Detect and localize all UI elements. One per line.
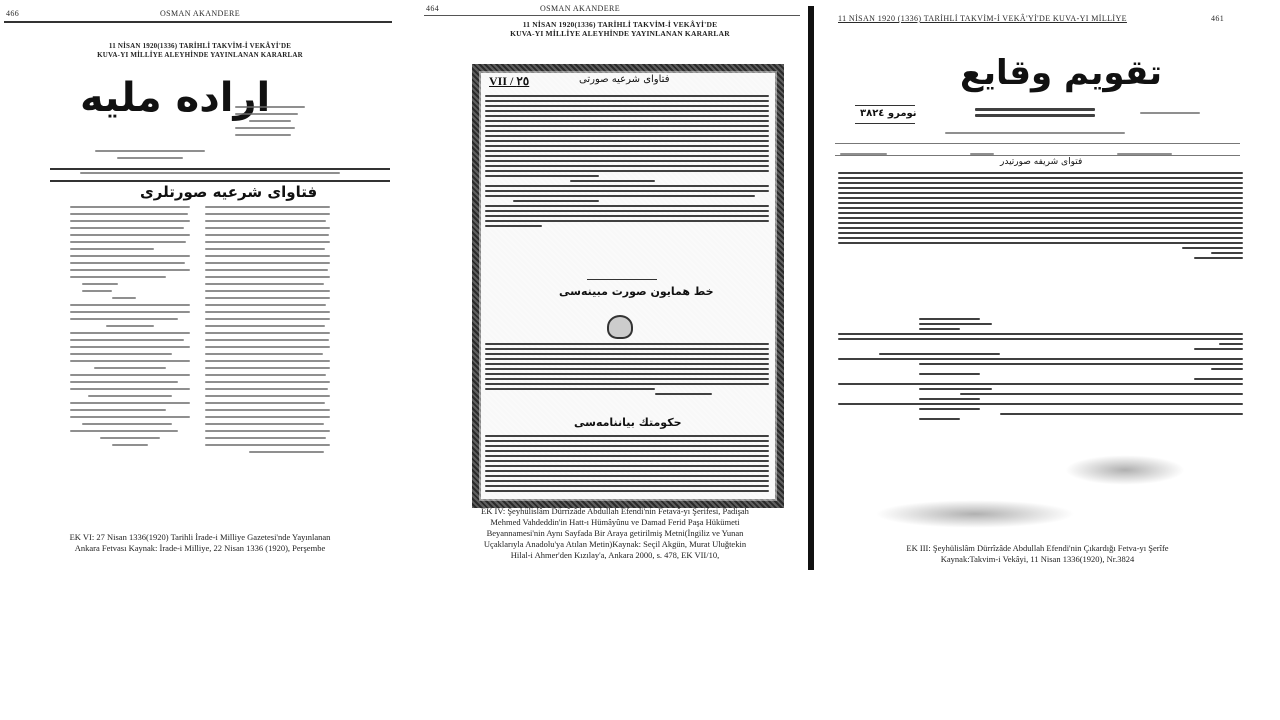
caption-line-3: Beyannamesi'nin Aynı Sayfada Bir Araya g… [420, 528, 810, 539]
fatwa-body [838, 172, 1243, 262]
document-heading: فتاوای شرعیه صورتی [579, 74, 669, 85]
section-title: 11 NİSAN 1920(1336) TARİHLİ TAKVİM-İ VEK… [40, 42, 360, 60]
running-head: OSMAN AKANDERE [160, 9, 240, 18]
masthead-rule-top [50, 168, 390, 170]
body-column-right [205, 206, 330, 506]
caption-line-4: Uçaklarıyla Anadolu'ya Atılan Metin)Kayn… [420, 539, 810, 550]
article-heading: فتاوای شرعیه صورتلری [140, 183, 317, 201]
issue-rule-bottom [855, 123, 915, 124]
page-number: 464 [426, 4, 439, 13]
page-gutter-divider [808, 6, 814, 570]
caption-line-2: Mehmed Vahdeddin'in Hatt-ı Hümâyûnu ve D… [420, 517, 810, 528]
scanned-page-466: 466 OSMAN AKANDERE 11 NİSAN 1920(1336) T… [0, 0, 400, 570]
page-number: 461 [1211, 14, 1224, 23]
masthead-rule-top [835, 143, 1240, 144]
newspaper-masthead: تقویم وقایع [960, 54, 1162, 92]
masthead-right-info [1140, 112, 1200, 119]
caption-line-1: EK IV: Şeyhülislâm Dürrîzâde Abdullah Ef… [420, 506, 810, 517]
scan-smudge [875, 500, 1075, 528]
figure-caption: EK III: Şeyhülislâm Dürrîzâde Abdullah E… [835, 543, 1240, 565]
scanned-page-464: 464 OSMAN AKANDERE 11 NİSAN 1920(1336) T… [420, 0, 810, 570]
running-head: 11 NİSAN 1920 (1336) TARİHLİ TAKVİM-İ VE… [838, 14, 1127, 23]
masthead-rule-bottom [50, 180, 390, 182]
caption-line-2: Ankara Fetvası Kaynak: İrade-i Milliye, … [10, 543, 390, 554]
figure-caption: EK IV: Şeyhülislâm Dürrîzâde Abdullah Ef… [420, 506, 810, 561]
masthead-subtitle [945, 132, 1125, 139]
issue-rule-top [855, 105, 915, 106]
hatt-text [485, 343, 769, 398]
section-title-line-1: 11 NİSAN 1920(1336) TARİHLİ TAKVİM-İ VEK… [450, 20, 790, 29]
government-heading: حکومتك بیاننامه‌سی [574, 416, 682, 429]
masthead-ornament [975, 108, 1095, 120]
document-reference: VII / ٢٥ [489, 74, 529, 89]
body-column-left [70, 206, 190, 506]
scanned-page-461: 11 NİSAN 1920 (1336) TARİHLİ TAKVİM-İ VE… [835, 0, 1245, 590]
caption-line-1: EK III: Şeyhülislâm Dürrîzâde Abdullah E… [835, 543, 1240, 554]
section-title-line-2: KUVA-YI MİLLİYE ALEYHİNDE YAYINLANAN KAR… [40, 51, 360, 60]
hatt-heading: خط همایون صورت مبینه‌سی [559, 285, 714, 298]
section-title-line-1: 11 NİSAN 1920(1336) TARİHLİ TAKVİM-İ VEK… [40, 42, 360, 51]
header-rule [4, 21, 392, 23]
scan-smudge [1065, 455, 1185, 485]
running-head: OSMAN AKANDERE [540, 4, 620, 13]
masthead-subtitle [95, 150, 205, 164]
section-title-line-2: KUVA-YI MİLLİYE ALEYHİNDE YAYINLANAN KAR… [450, 29, 790, 38]
hatt-divider [587, 279, 657, 280]
date-line [80, 172, 340, 179]
leaflet-frame: VII / ٢٥ فتاوای شرعیه صورتی خط همایون صو… [472, 64, 784, 508]
masthead-rule-bottom [835, 155, 1240, 156]
caption-line-1: EK VI: 27 Nisan 1336(1920) Tarihli İrade… [10, 532, 390, 543]
article-heading: فتوای شریفه صورتیدر [1000, 157, 1082, 167]
tughra-seal-icon [607, 315, 633, 339]
fatwa-questions [838, 318, 1243, 423]
header-rule [424, 15, 800, 16]
fatwa-text [485, 95, 769, 230]
masthead-info-block [235, 106, 305, 141]
caption-line-2: Kaynak:Takvim-i Vekâyi, 11 Nisan 1336(19… [835, 554, 1240, 565]
figure-caption: EK VI: 27 Nisan 1336(1920) Tarihli İrade… [10, 532, 390, 554]
section-title: 11 NİSAN 1920(1336) TARİHLİ TAKVİM-İ VEK… [450, 20, 790, 38]
caption-line-5: Hilal-i Ahmer'den Kızılay'a, Ankara 2000… [420, 550, 810, 561]
issue-number: نومرو ٣٨٢٤ [860, 108, 917, 119]
page-number: 466 [6, 9, 19, 18]
government-text [485, 435, 769, 495]
